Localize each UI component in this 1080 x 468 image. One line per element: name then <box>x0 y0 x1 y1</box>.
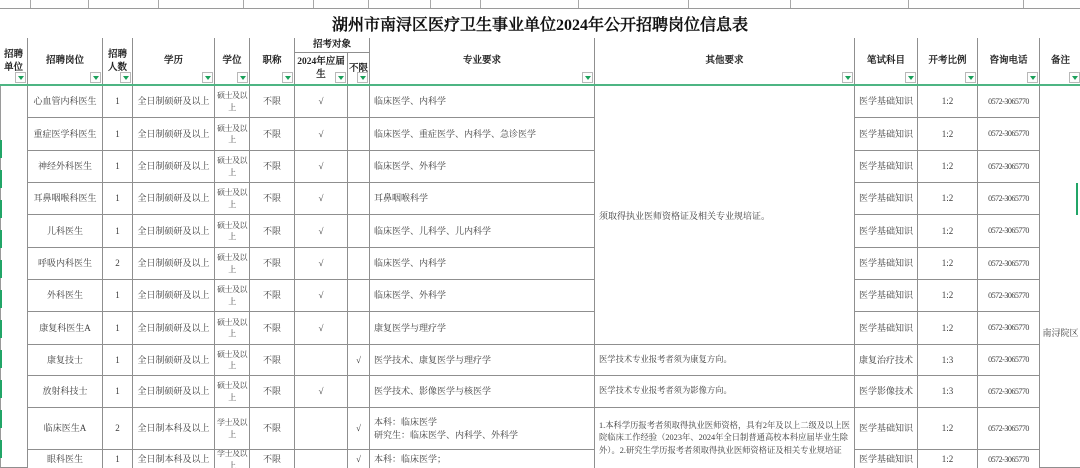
header-ratio-label: 开考比例 <box>927 55 967 68</box>
cell-other[interactable]: 医学技术专业报考者须为影像方向。 <box>595 376 855 408</box>
header-other-label: 其他要求 <box>704 55 744 68</box>
cell-education[interactable]: 全日制本科及以上 <box>133 408 215 450</box>
cell-phone[interactable]: 0572-3065770 <box>978 183 1040 215</box>
cell-education[interactable]: 全日制硕研及以上 <box>133 312 215 345</box>
column-tick <box>158 0 159 8</box>
cell-major[interactable]: 临床医学、外科学 <box>370 280 595 312</box>
cell-written[interactable]: 医学基础知识 <box>855 151 918 183</box>
cell-job_title[interactable]: 不限 <box>250 183 295 215</box>
cell-position[interactable]: 心血管内科医生 <box>28 86 103 118</box>
cell-fresh[interactable]: √ <box>295 376 348 408</box>
filter-button-major[interactable] <box>582 72 593 83</box>
cell-ratio[interactable]: 1:2 <box>918 183 978 215</box>
cell-unlimited[interactable] <box>348 248 370 280</box>
cell-count[interactable]: 2 <box>103 408 133 450</box>
cell-ratio[interactable]: 1:2 <box>918 118 978 151</box>
filter-button-phone[interactable] <box>1027 72 1038 83</box>
cell-unlimited[interactable] <box>348 215 370 248</box>
cell-job_title[interactable]: 不限 <box>250 215 295 248</box>
cell-major[interactable]: 临床医学、内科学 <box>370 86 595 118</box>
filter-button-position[interactable] <box>90 72 101 83</box>
cell-education[interactable]: 全日制硕研及以上 <box>133 248 215 280</box>
cell-phone[interactable]: 0572-3065770 <box>978 408 1040 450</box>
column-tick <box>243 0 244 8</box>
cell-position[interactable]: 放射科技士 <box>28 376 103 408</box>
cell-count[interactable]: 1 <box>103 312 133 345</box>
column-tick <box>1023 0 1024 8</box>
cell-unlimited[interactable] <box>348 118 370 151</box>
cell-phone[interactable]: 0572-3065770 <box>978 345 1040 376</box>
header-written-label: 笔试科目 <box>866 55 906 68</box>
cell-count[interactable]: 1 <box>103 151 133 183</box>
header-unlimited[interactable]: 不限 <box>348 53 370 86</box>
header-target-group-label: 招考对象 <box>312 39 352 52</box>
cell-ratio[interactable]: 1:2 <box>918 450 978 468</box>
cell-major[interactable]: 耳鼻咽喉科学 <box>370 183 595 215</box>
header-phone[interactable]: 咨询电话 <box>978 38 1040 86</box>
cell-degree[interactable]: 硕士及以上 <box>215 215 250 248</box>
cell-degree[interactable]: 硕士及以上 <box>215 183 250 215</box>
cell-degree[interactable]: 硕士及以上 <box>215 280 250 312</box>
cell-degree[interactable]: 硕士及以上 <box>215 376 250 408</box>
cell-unlimited[interactable]: √ <box>348 345 370 376</box>
cell-job_title[interactable]: 不限 <box>250 280 295 312</box>
selection-border-left <box>0 140 2 462</box>
cell-degree[interactable]: 学士及以上 <box>215 408 250 450</box>
cell-phone[interactable]: 0572-3065770 <box>978 280 1040 312</box>
cell-unlimited[interactable]: √ <box>348 450 370 468</box>
header-education-label: 学历 <box>163 55 184 68</box>
cell-education[interactable]: 全日制硕研及以上 <box>133 215 215 248</box>
header-job-title-label: 职称 <box>261 55 282 68</box>
header-written[interactable]: 笔试科目 <box>855 38 918 86</box>
sheet-title: 湖州市南浔区医疗卫生事业单位2024年公开招聘岗位信息表 <box>0 8 1080 38</box>
cell-job_title[interactable]: 不限 <box>250 151 295 183</box>
cell-count[interactable]: 1 <box>103 183 133 215</box>
cell-ratio[interactable]: 1:2 <box>918 215 978 248</box>
cell-job_title[interactable]: 不限 <box>250 248 295 280</box>
cell-phone[interactable]: 0572-3065770 <box>978 118 1040 151</box>
cell-position[interactable]: 眼科医生 <box>28 450 103 468</box>
cell-other[interactable]: 医学技术专业报考者须为康复方向。 <box>595 345 855 376</box>
cell-degree[interactable]: 硕士及以上 <box>215 248 250 280</box>
header-position[interactable]: 招聘岗位 <box>28 38 103 86</box>
column-tick <box>480 0 481 8</box>
cell-written[interactable]: 医学基础知识 <box>855 312 918 345</box>
cell-fresh[interactable]: √ <box>295 280 348 312</box>
column-tick <box>30 0 31 8</box>
cell-written[interactable]: 医学影像技术 <box>855 376 918 408</box>
filter-button-written[interactable] <box>905 72 916 83</box>
remark-value: 南浔院区 <box>1040 326 1080 339</box>
cell-position[interactable]: 康复技士 <box>28 345 103 376</box>
cell-major[interactable]: 康复医学与理疗学 <box>370 312 595 345</box>
cell-ratio[interactable]: 1:2 <box>918 280 978 312</box>
cell-unlimited[interactable] <box>348 183 370 215</box>
header-count-label: 招聘人数 <box>103 49 132 75</box>
cell-education[interactable]: 全日制硕研及以上 <box>133 280 215 312</box>
cell-phone[interactable]: 0572-3065770 <box>978 248 1040 280</box>
column-tick <box>88 0 89 8</box>
cell-unlimited[interactable] <box>348 376 370 408</box>
cell-unlimited[interactable] <box>348 280 370 312</box>
cell-position[interactable]: 康复科医生A <box>28 312 103 345</box>
column-tick <box>313 0 314 8</box>
cell-fresh[interactable]: √ <box>295 215 348 248</box>
cell-written[interactable]: 医学基础知识 <box>855 450 918 468</box>
merged-other-requirements-cell[interactable]: 须取得执业医师资格证及相关专业规培证。 <box>595 86 855 345</box>
header-remark-label: 备注 <box>1050 55 1071 68</box>
cell-ratio[interactable]: 1:2 <box>918 312 978 345</box>
header-major[interactable]: 专业要求 <box>370 38 595 86</box>
column-tick <box>688 0 689 8</box>
cell-unlimited[interactable] <box>348 312 370 345</box>
selection-border-right <box>1076 183 1078 215</box>
header-remark[interactable]: 备注 <box>1040 38 1080 86</box>
chevron-down-icon <box>360 76 366 80</box>
filter-button-unlimited[interactable] <box>357 72 368 83</box>
cell-written[interactable]: 医学基础知识 <box>855 408 918 450</box>
cell-major[interactable]: 医学技术、康复医学与理疗学 <box>370 345 595 376</box>
cell-fresh[interactable] <box>295 408 348 450</box>
header-degree[interactable]: 学位 <box>215 38 250 86</box>
cell-fresh[interactable]: √ <box>295 183 348 215</box>
header-education[interactable]: 学历 <box>133 38 215 86</box>
cell-ratio[interactable]: 1:2 <box>918 248 978 280</box>
chevron-down-icon <box>205 76 211 80</box>
cell-fresh[interactable]: √ <box>295 118 348 151</box>
freeze-pane-line <box>0 84 1080 86</box>
cell-ratio[interactable]: 1:2 <box>918 86 978 118</box>
filter-button-unit[interactable] <box>15 72 26 83</box>
cell-degree[interactable]: 硕士及以上 <box>215 151 250 183</box>
cell-position[interactable]: 外科医生 <box>28 280 103 312</box>
cell-degree[interactable]: 硕士及以上 <box>215 118 250 151</box>
cell-degree[interactable]: 硕士及以上 <box>215 345 250 376</box>
cell-written[interactable]: 医学基础知识 <box>855 118 918 151</box>
cell-ratio[interactable]: 1:2 <box>918 151 978 183</box>
cell-unlimited[interactable] <box>348 86 370 118</box>
chevron-down-icon <box>93 76 99 80</box>
cell-fresh[interactable]: √ <box>295 312 348 345</box>
filter-button-count[interactable] <box>120 72 131 83</box>
cell-fresh[interactable]: √ <box>295 151 348 183</box>
cell-unlimited[interactable]: √ <box>348 408 370 450</box>
cell-major[interactable]: 临床医学、儿科学、儿内科学 <box>370 215 595 248</box>
cell-phone[interactable]: 0572-3065770 <box>978 376 1040 408</box>
cell-position[interactable]: 重症医学科医生 <box>28 118 103 151</box>
cell-position[interactable]: 神经外科医生 <box>28 151 103 183</box>
cell-count[interactable]: 2 <box>103 248 133 280</box>
cell-major[interactable]: 临床医学、重症医学、内科学、急诊医学 <box>370 118 595 151</box>
cell-major[interactable]: 本科：临床医学 研究生：临床医学、内科学、外科学 <box>370 408 595 450</box>
header-count[interactable]: 招聘人数 <box>103 38 133 86</box>
column-tick <box>578 0 579 8</box>
cell-count[interactable]: 1 <box>103 376 133 408</box>
cell-job_title[interactable]: 不限 <box>250 376 295 408</box>
header-other[interactable]: 其他要求 <box>595 38 855 86</box>
cell-fresh[interactable] <box>295 450 348 468</box>
cell-count[interactable]: 1 <box>103 450 133 468</box>
cell-count[interactable]: 1 <box>103 86 133 118</box>
merged-unit-cell[interactable] <box>0 86 28 468</box>
cell-job_title[interactable]: 不限 <box>250 408 295 450</box>
spreadsheet: 湖州市南浔区医疗卫生事业单位2024年公开招聘岗位信息表 招聘单位 招聘岗位 招… <box>0 0 1080 468</box>
header-major-label: 专业要求 <box>462 55 502 68</box>
cell-job_title[interactable]: 不限 <box>250 86 295 118</box>
header-degree-label: 学位 <box>221 55 242 68</box>
cell-education[interactable]: 全日制硕研及以上 <box>133 345 215 376</box>
chevron-down-icon <box>18 76 24 80</box>
filter-button-ratio[interactable] <box>965 72 976 83</box>
cell-education[interactable]: 全日制本科及以上 <box>133 450 215 468</box>
cell-fresh[interactable]: √ <box>295 86 348 118</box>
cell-fresh[interactable] <box>295 345 348 376</box>
filter-button-education[interactable] <box>202 72 213 83</box>
header-job-title[interactable]: 职称 <box>250 38 295 86</box>
chevron-down-icon <box>968 76 974 80</box>
chevron-down-icon <box>285 76 291 80</box>
cell-phone[interactable]: 0572-3065770 <box>978 151 1040 183</box>
cell-education[interactable]: 全日制硕研及以上 <box>133 118 215 151</box>
chevron-down-icon <box>845 76 851 80</box>
cell-other[interactable]: 1.本科学历报考者须取得执业医师资格，具有2年及以上二级及以上医院临床工作经验（… <box>595 408 855 468</box>
cell-ratio[interactable]: 1:3 <box>918 376 978 408</box>
cell-degree[interactable]: 硕士及以上 <box>215 86 250 118</box>
chevron-down-icon <box>338 76 344 80</box>
cell-major[interactable]: 本科：临床医学； <box>370 450 595 468</box>
cell-phone[interactable]: 0572-3065770 <box>978 215 1040 248</box>
cell-education[interactable]: 全日制硕研及以上 <box>133 183 215 215</box>
filter-button-degree[interactable] <box>237 72 248 83</box>
cell-phone[interactable]: 0572-3065770 <box>978 312 1040 345</box>
chevron-down-icon <box>1030 76 1036 80</box>
header-ratio[interactable]: 开考比例 <box>918 38 978 86</box>
cell-education[interactable]: 全日制硕研及以上 <box>133 151 215 183</box>
cell-phone[interactable]: 0572-3065770 <box>978 450 1040 468</box>
cell-job_title[interactable]: 不限 <box>250 118 295 151</box>
chevron-down-icon <box>123 76 129 80</box>
cell-job_title[interactable]: 不限 <box>250 312 295 345</box>
cell-major[interactable]: 临床医学、外科学 <box>370 151 595 183</box>
chevron-down-icon <box>585 76 591 80</box>
cell-major[interactable]: 医学技术、影像医学与核医学 <box>370 376 595 408</box>
cell-written[interactable]: 医学基础知识 <box>855 215 918 248</box>
cell-ratio[interactable]: 1:3 <box>918 345 978 376</box>
cell-position[interactable]: 儿科医生 <box>28 215 103 248</box>
cell-job_title[interactable]: 不限 <box>250 450 295 468</box>
cell-position[interactable]: 呼吸内科医生 <box>28 248 103 280</box>
filter-button-remark[interactable] <box>1069 72 1080 83</box>
column-tick <box>368 0 369 8</box>
cell-count[interactable]: 1 <box>103 345 133 376</box>
cell-position[interactable]: 耳鼻咽喉科医生 <box>28 183 103 215</box>
cell-ratio[interactable]: 1:2 <box>918 408 978 450</box>
column-tick <box>790 0 791 8</box>
cell-count[interactable]: 1 <box>103 215 133 248</box>
column-tick <box>430 0 431 8</box>
header-target-group[interactable]: 招考对象 <box>295 38 370 53</box>
filter-button-job-title[interactable] <box>282 72 293 83</box>
cell-written[interactable]: 医学基础知识 <box>855 280 918 312</box>
merged-remark-cell[interactable]: 南浔院区 <box>1040 86 1080 468</box>
cell-written[interactable]: 医学基础知识 <box>855 248 918 280</box>
cell-education[interactable]: 全日制硕研及以上 <box>133 86 215 118</box>
cell-position[interactable]: 临床医生A <box>28 408 103 450</box>
column-tick <box>908 0 909 8</box>
header-unit[interactable]: 招聘单位 <box>0 38 28 86</box>
header-phone-label: 咨询电话 <box>988 55 1028 68</box>
cell-fresh[interactable]: √ <box>295 248 348 280</box>
chevron-down-icon <box>908 76 914 80</box>
header-position-label: 招聘岗位 <box>45 55 85 68</box>
filter-button-other[interactable] <box>842 72 853 83</box>
cell-count[interactable]: 1 <box>103 280 133 312</box>
header-fresh-2024[interactable]: 2024年应届生 <box>295 53 348 86</box>
cell-written[interactable]: 康复治疗技术 <box>855 345 918 376</box>
filter-button-fresh[interactable] <box>335 72 346 83</box>
cell-phone[interactable]: 0572-3065770 <box>978 86 1040 118</box>
header-unit-label: 招聘单位 <box>0 49 27 75</box>
cell-unlimited[interactable] <box>348 151 370 183</box>
cell-written[interactable]: 医学基础知识 <box>855 183 918 215</box>
cell-count[interactable]: 1 <box>103 118 133 151</box>
chevron-down-icon <box>240 76 246 80</box>
cell-degree[interactable]: 学士及以上 <box>215 450 250 468</box>
cell-written[interactable]: 医学基础知识 <box>855 86 918 118</box>
cell-education[interactable]: 全日制硕研及以上 <box>133 376 215 408</box>
cell-degree[interactable]: 硕士及以上 <box>215 312 250 345</box>
cell-major[interactable]: 临床医学、内科学 <box>370 248 595 280</box>
cell-job_title[interactable]: 不限 <box>250 345 295 376</box>
chevron-down-icon <box>1072 76 1078 80</box>
